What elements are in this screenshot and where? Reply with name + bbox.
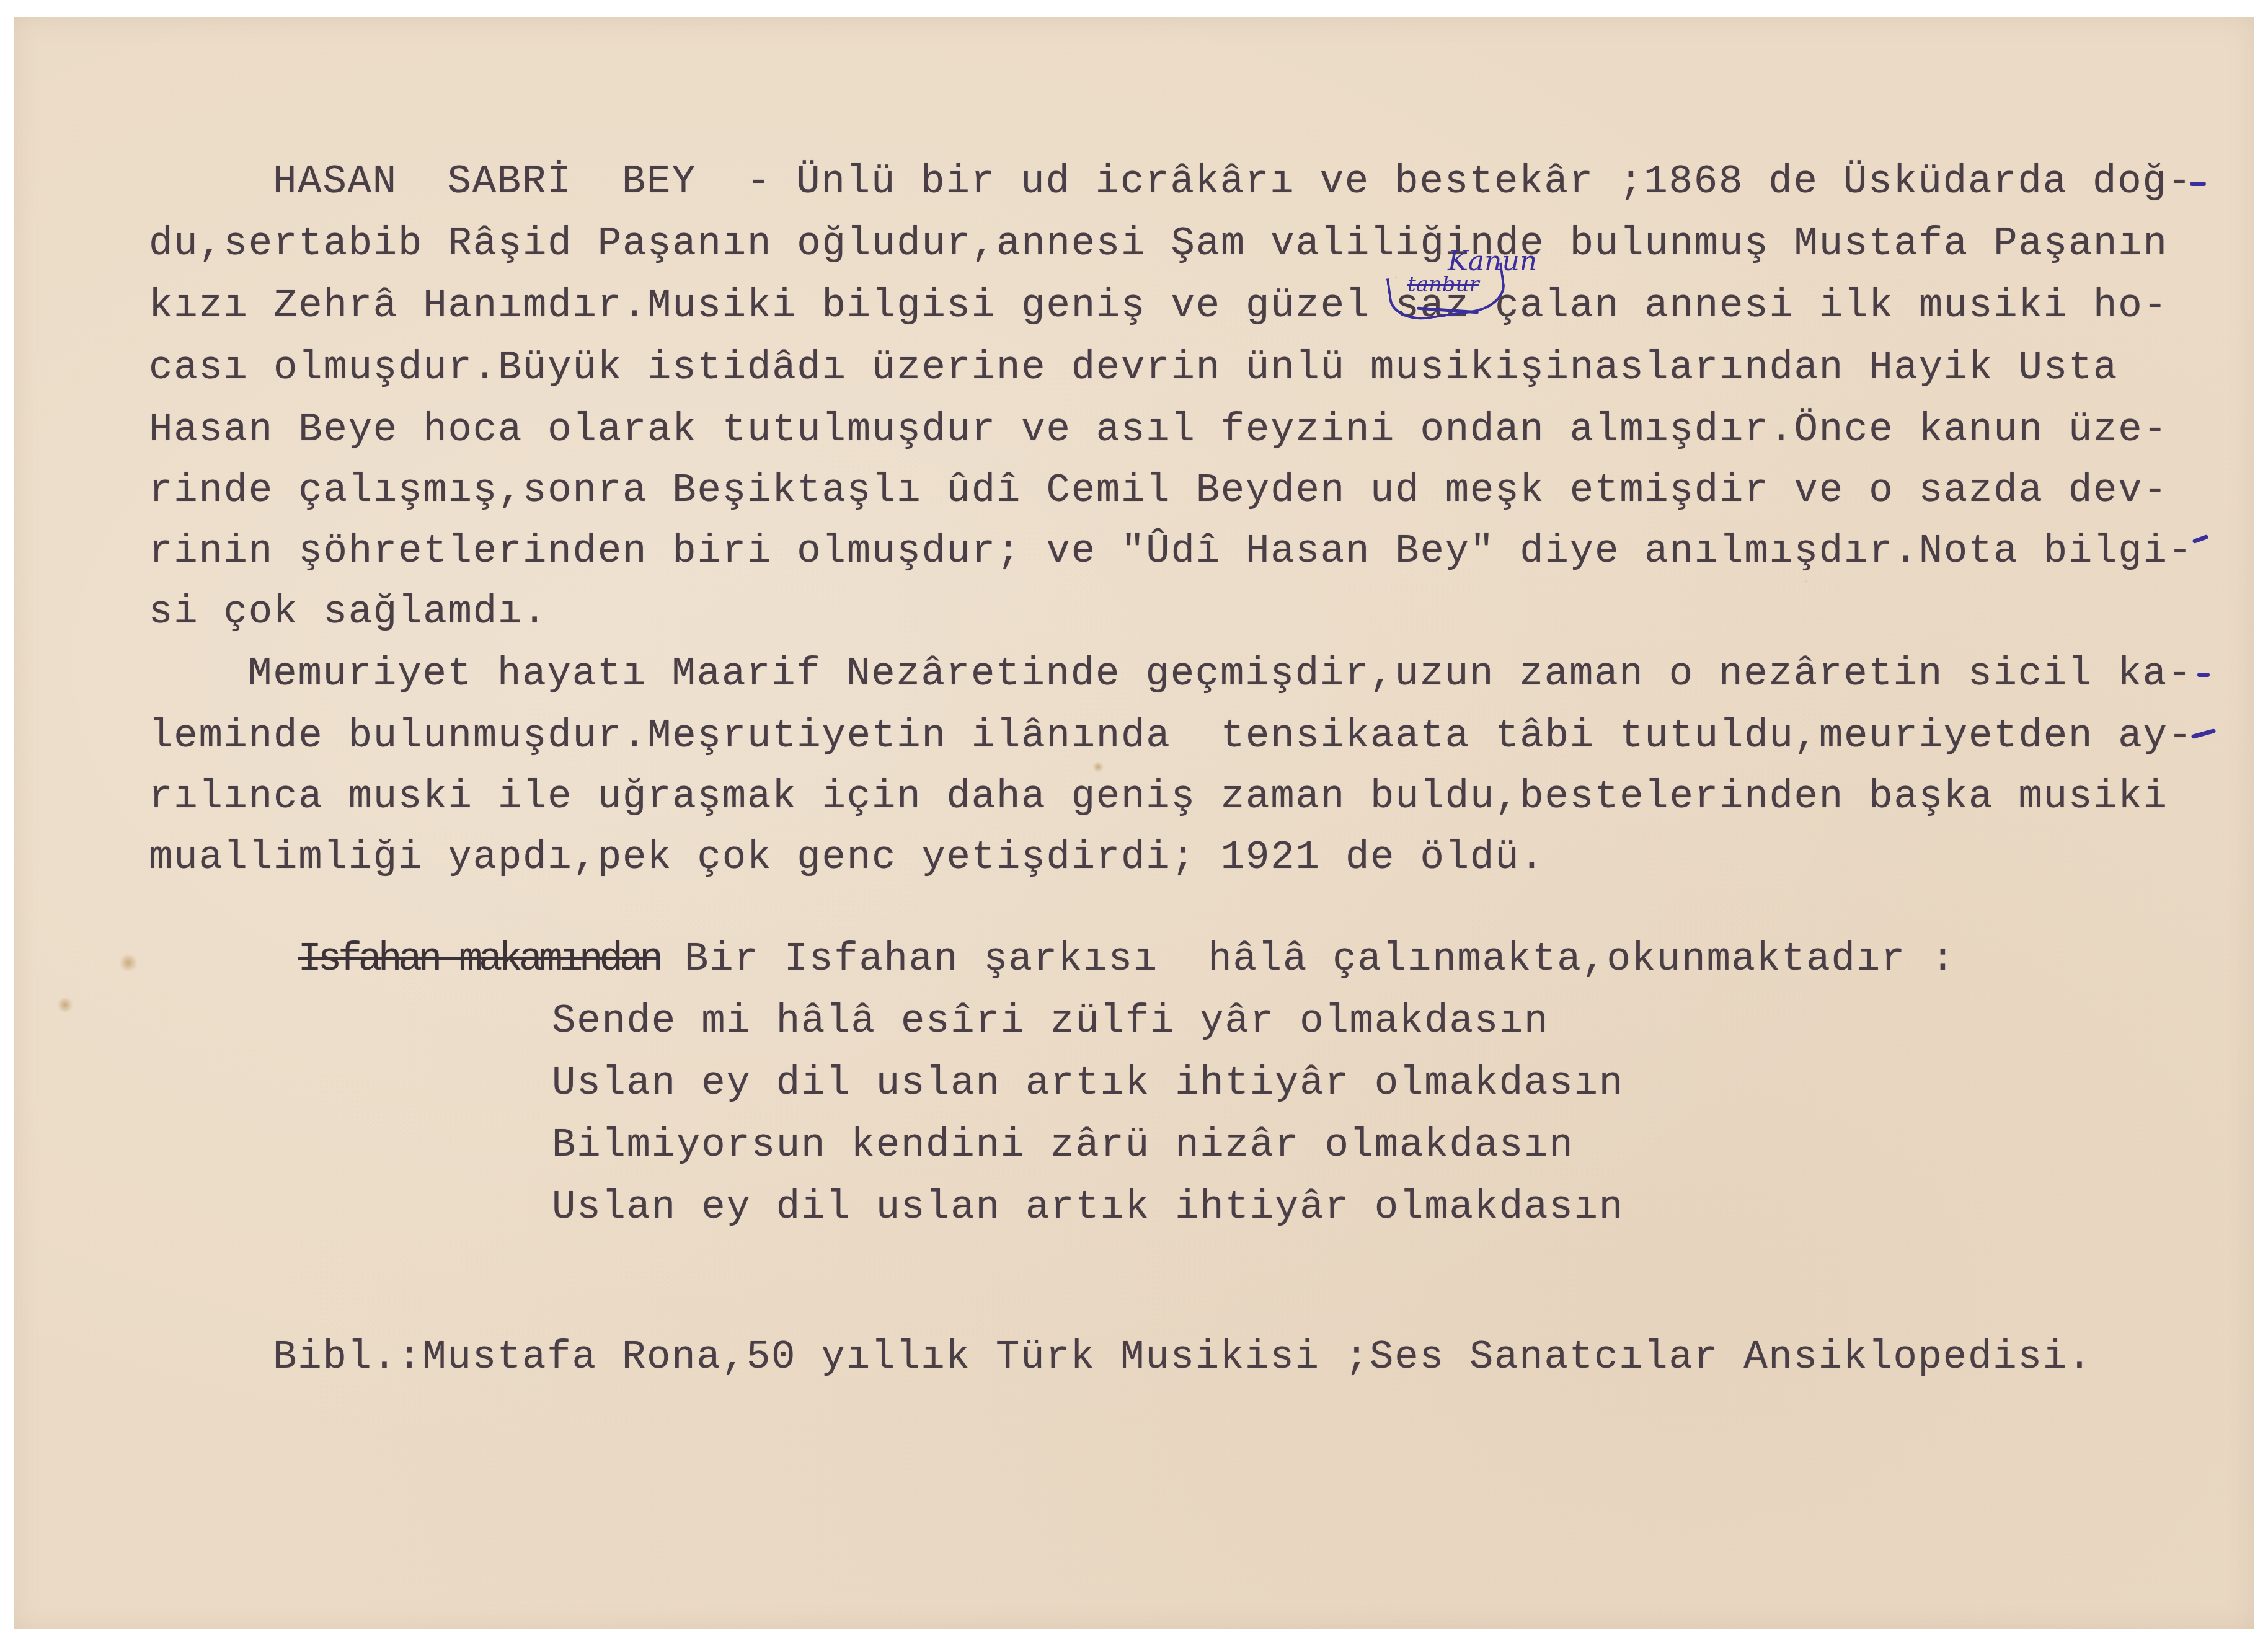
body-line: cası olmuşdur.Büyük istidâdı üzerine dev…: [149, 348, 2118, 388]
intro-line: Isfahan makamından Bir Isfahan şarkısı h…: [248, 900, 1956, 980]
pen-hyphen-mark: [2190, 182, 2206, 186]
body-line: muallimliği yapdı,pek çok genc yetişdird…: [149, 838, 1545, 878]
body-line: du,sertabib Râşid Paşanın oğludur,annesi…: [149, 224, 2168, 264]
handwritten-kanun: Kanun: [1448, 248, 1537, 275]
body-line: rinin şöhretlerinden biri olmuşdur; ve "…: [149, 532, 2193, 572]
intro-text: Bir Isfahan şarkısı hâlâ çalınmakta,okun…: [660, 937, 1956, 982]
poem-line: Uslan ey dil uslan artık ihtiyâr olmakda…: [552, 1064, 1624, 1104]
poem-line: Uslan ey dil uslan artık ihtiyâr olmakda…: [552, 1188, 1624, 1228]
overtyped-struck-text: Isfahan makamından: [298, 937, 659, 982]
handwritten-struck-tanbur: tanbur: [1407, 274, 1479, 295]
foxing-stain: [57, 997, 73, 1013]
heading-line: HASAN SABRİ BEY - Ünlü bir ud icrâkârı v…: [273, 162, 2192, 202]
body-line: Memuriyet hayatı Maarif Nezâretinde geçm…: [248, 655, 2192, 694]
foxing-stain: [119, 954, 138, 972]
body-line: kızı Zehrâ Hanımdır.Musiki bilgisi geniş…: [149, 286, 2168, 326]
body-line: rılınca muski ile uğraşmak için daha gen…: [149, 777, 2168, 817]
body-line: rinde çalışmış,sonra Beşiktaşlı ûdî Cemi…: [149, 471, 2168, 511]
bibliography-line: Bibl.:Mustafa Rona,50 yıllık Türk Musiki…: [273, 1338, 2093, 1378]
body-line: Hasan Beye hoca olarak tutulmuşdur ve as…: [149, 410, 2168, 450]
pen-hyphen-mark: [2197, 673, 2210, 677]
poem-line: Sende mi hâlâ esîri zülfi yâr olmakdasın: [552, 1002, 1549, 1042]
body-line: si çok sağlamdı.: [149, 593, 547, 632]
poem-line: Bilmiyorsun kendini zârü nizâr olmakdası…: [552, 1126, 1574, 1166]
body-line: leminde bulunmuşdur.Meşrutiyetin ilânınd…: [149, 717, 2193, 756]
foxing-stain: [1092, 761, 1104, 772]
